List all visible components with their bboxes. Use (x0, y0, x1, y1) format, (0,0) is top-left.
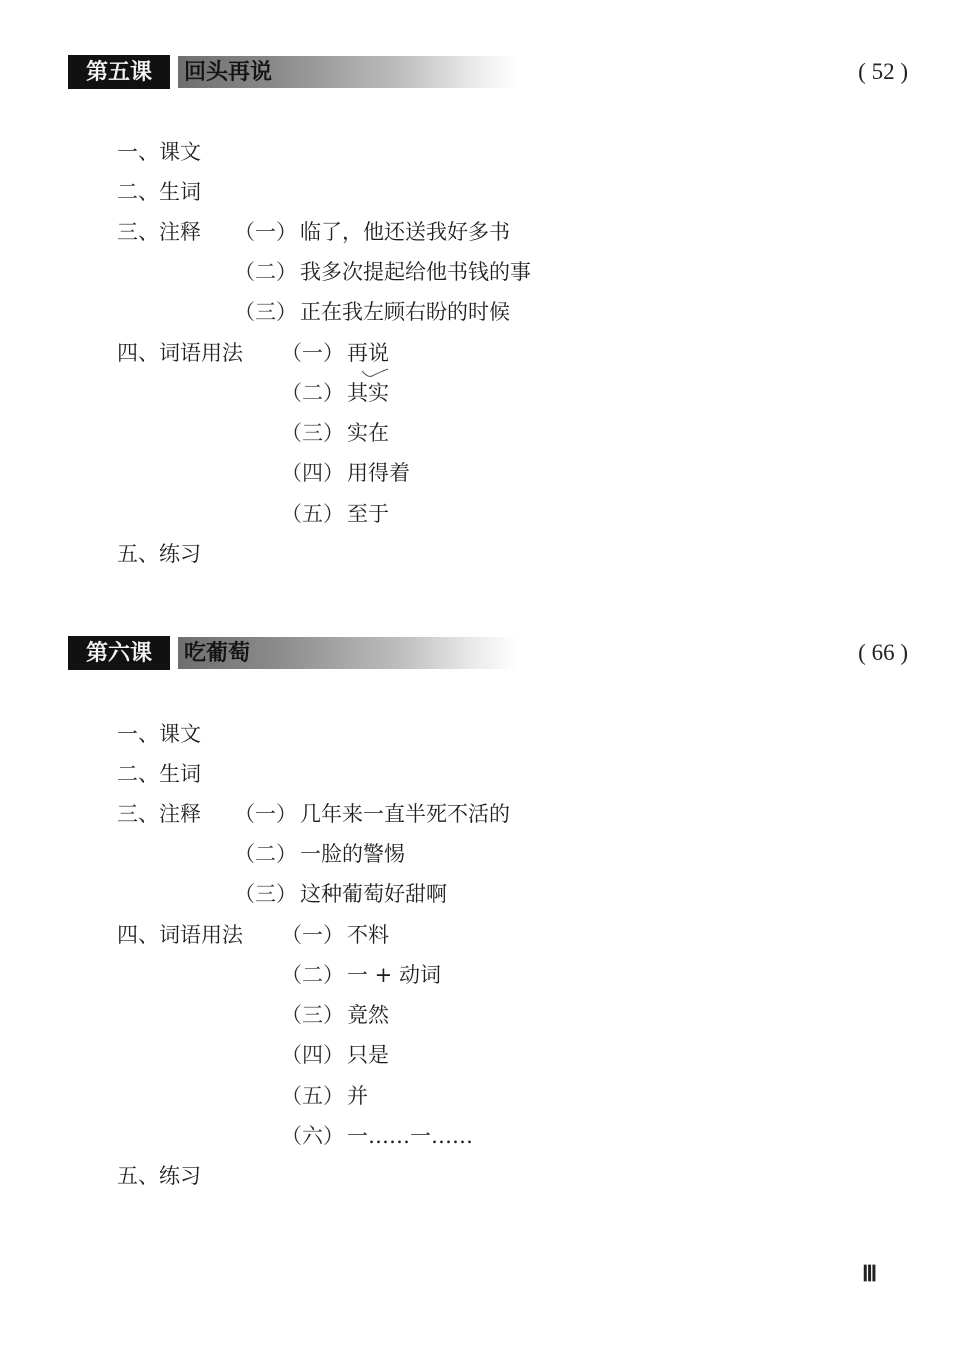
sub-number: （二） (281, 961, 344, 989)
lesson-number-label: 第五课 (68, 55, 170, 89)
sub-text: 正在我左顾右盼的时候 (300, 298, 510, 326)
sub-number: （三） (281, 419, 344, 447)
sub-text: 并 (347, 1082, 368, 1110)
sub-text: 不料 (347, 921, 389, 949)
toc-entry[interactable]: 四、词语用法 (117, 921, 243, 949)
lesson-5-header: 第五课 回头再说 ( 52 ) (68, 55, 908, 89)
sub-number: （五） (281, 500, 344, 528)
sub-number: （三） (234, 880, 297, 908)
page-reference[interactable]: ( 52 ) (858, 55, 908, 89)
sub-number: （一） (281, 921, 344, 949)
sub-number: （三） (281, 1001, 344, 1029)
sub-text: 我多次提起给他书钱的事 (300, 258, 531, 286)
page-number: Ⅲ (862, 1261, 877, 1287)
section-label: 一、课文 (117, 140, 201, 164)
section-label: 五、练习 (117, 542, 201, 566)
toc-entry[interactable]: 五、练习 (117, 540, 201, 568)
toc-entry[interactable]: 五、练习 (117, 1162, 201, 1190)
toc-entry[interactable]: 一、课文 (117, 720, 201, 748)
sub-text: 竟然 (347, 1001, 389, 1029)
section-label: 五、练习 (117, 1164, 201, 1188)
sub-number: （二） (234, 258, 297, 286)
section-label: 四、词语用法 (117, 923, 243, 947)
toc-entry[interactable]: 二、生词 (117, 760, 201, 788)
sub-text: 几年来一直半死不活的 (300, 800, 510, 828)
toc-entry[interactable]: 二、生词 (117, 178, 201, 206)
sub-text: 其实 (347, 379, 389, 407)
sub-text: 实在 (347, 419, 389, 447)
sub-number: （一） (234, 800, 297, 828)
lesson-title: 回头再说 (184, 56, 272, 88)
section-label: 四、词语用法 (117, 341, 243, 365)
sub-number: （四） (281, 1041, 344, 1069)
lesson-number-label: 第六课 (68, 636, 170, 670)
sub-text: 一……一…… (347, 1122, 473, 1150)
sub-text: 一 + 动词 (347, 961, 441, 989)
section-label: 三、注释 (117, 802, 201, 826)
sub-text: 至于 (347, 500, 389, 528)
section-label: 三、注释 (117, 220, 201, 244)
section-label: 二、生词 (117, 762, 201, 786)
toc-entry[interactable]: 一、课文 (117, 138, 201, 166)
page-reference[interactable]: ( 66 ) (858, 636, 908, 670)
sub-number: （二） (281, 379, 344, 407)
sub-text: 用得着 (347, 459, 410, 487)
sub-text: 再说 (347, 339, 389, 367)
toc-entry[interactable]: 四、词语用法 (117, 339, 243, 367)
section-label: 一、课文 (117, 722, 201, 746)
handwritten-check-mark-icon (360, 367, 390, 379)
sub-number: （一） (281, 339, 344, 367)
sub-number: （一） (234, 218, 297, 246)
sub-number: （二） (234, 840, 297, 868)
lesson-6-header: 第六课 吃葡萄 ( 66 ) (68, 636, 908, 670)
sub-number: （三） (234, 298, 297, 326)
sub-number: （五） (281, 1082, 344, 1110)
lesson-title-bar: 吃葡萄 (178, 637, 518, 669)
sub-number: （六） (281, 1122, 344, 1150)
sub-text: 只是 (347, 1041, 389, 1069)
toc-entry[interactable]: 三、注释 (117, 218, 201, 246)
sub-text: 这种葡萄好甜啊 (300, 880, 447, 908)
lesson-title-bar: 回头再说 (178, 56, 518, 88)
sub-text: 临了，他还送我好多书 (300, 218, 510, 246)
sub-number: （四） (281, 459, 344, 487)
section-label: 二、生词 (117, 180, 201, 204)
lesson-title: 吃葡萄 (184, 637, 250, 669)
sub-text: 一脸的警惕 (300, 840, 405, 868)
toc-entry[interactable]: 三、注释 (117, 800, 201, 828)
